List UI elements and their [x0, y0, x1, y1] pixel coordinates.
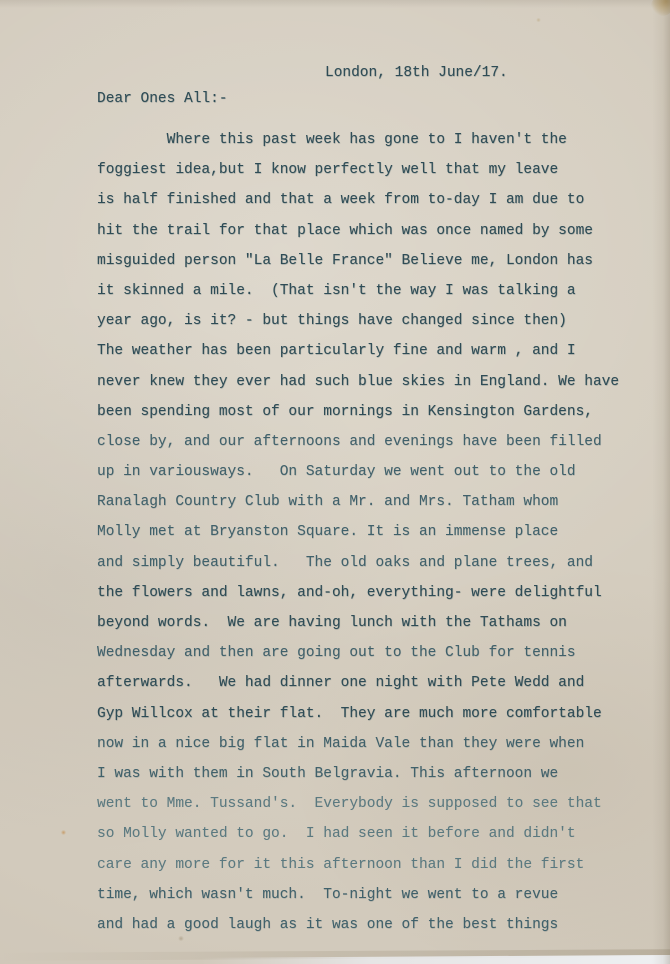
letter-line: up in variousways. On Saturday we went o… [97, 457, 652, 487]
letter-line: never knew they ever had such blue skies… [97, 367, 652, 397]
letter-line: foggiest idea,but I know perfectly well … [97, 155, 652, 185]
paper-speck [61, 830, 66, 835]
letter-line: care any more for it this afternoon than… [97, 850, 652, 880]
paper-speck [536, 18, 541, 22]
letter-salutation: Dear Ones All:- [97, 86, 652, 112]
letter-line: beyond words. We are having lunch with t… [97, 608, 652, 638]
letter-line: close by, and our afternoons and evening… [97, 427, 652, 457]
letter-line: so Molly wanted to go. I had seen it bef… [97, 819, 652, 849]
letter-line: and simply beautiful. The old oaks and p… [97, 548, 652, 578]
letter-line: afterwards. We had dinner one night with… [97, 668, 652, 698]
letter-dateline: London, 18th June/17. [325, 60, 652, 86]
letter-line: Gyp Willcox at their flat. They are much… [97, 699, 652, 729]
letter-line: Molly met at Bryanston Square. It is an … [97, 517, 652, 547]
letter-line: hit the trail for that place which was o… [97, 216, 652, 246]
scanned-letter-page: London, 18th June/17. Dear Ones All:- Wh… [0, 0, 670, 964]
letter-line: been spending most of our mornings in Ke… [97, 397, 652, 427]
letter-line: is half finished and that a week from to… [97, 185, 652, 215]
letter-line: year ago, is it? - but things have chang… [97, 306, 652, 336]
letter-content: London, 18th June/17. Dear Ones All:- Wh… [97, 60, 652, 940]
letter-line: now in a nice big flat in Maida Vale tha… [97, 729, 652, 759]
letter-line: The weather has been particularly fine a… [97, 336, 652, 366]
letter-line: went to Mme. Tussand's. Everybody is sup… [97, 789, 652, 819]
letter-line: Ranalagh Country Club with a Mr. and Mrs… [97, 487, 652, 517]
letter-line: it skinned a mile. (That isn't the way I… [97, 276, 652, 306]
letter-line: I was with them in South Belgravia. This… [97, 759, 652, 789]
letter-line: Wednesday and then are going out to the … [97, 638, 652, 668]
letter-line: time, which wasn't much. To-night we wen… [97, 880, 652, 910]
letter-line: and had a good laugh as it was one of th… [97, 910, 652, 940]
paper-stain-top-right [651, 0, 670, 16]
letter-line: misguided person "La Belle France" Belie… [97, 246, 652, 276]
letter-line: the flowers and lawns, and-oh, everythin… [97, 578, 652, 608]
letter-line: Where this past week has gone to I haven… [97, 125, 652, 155]
letter-body: Where this past week has gone to I haven… [97, 125, 652, 940]
